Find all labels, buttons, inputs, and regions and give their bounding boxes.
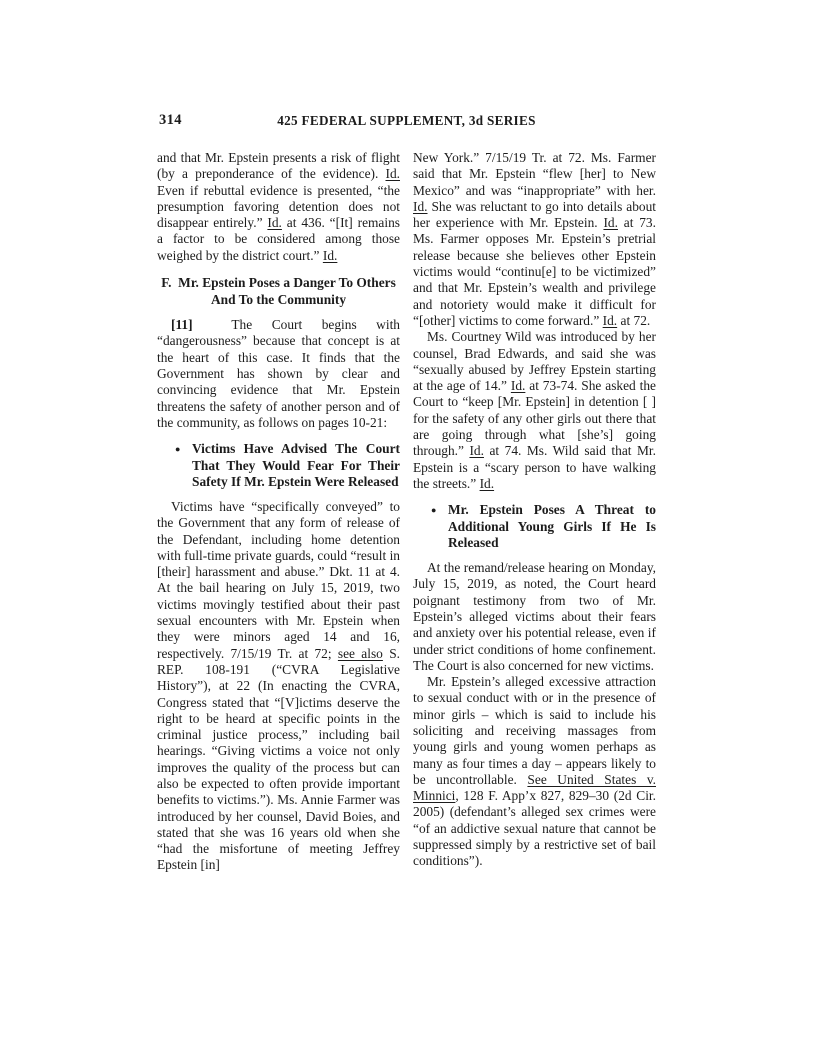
text-segment: New York.” 7/15/19 Tr. at 72. Ms. Farmer… [413,150,656,198]
text-segment: F. Mr. Epstein Poses a Danger To Others … [161,275,396,307]
bullet-icon: ● [431,502,448,552]
text-segment: Victims Have Advised The Court That They… [192,441,400,489]
text-segment: Victims have “specifically conveyed” to … [157,499,400,661]
paragraph: Mr. Epstein’s alleged excessive attracti… [413,674,656,870]
right-column: New York.” 7/15/19 Tr. at 72. Ms. Farmer… [413,150,656,874]
citation-underlined: Id. [603,215,618,230]
paragraph: Victims have “specifically conveyed” to … [157,499,400,874]
text-segment: Mr. Epstein Poses A Threat to Additional… [448,502,656,550]
two-column-text-body: and that Mr. Epstein presents a risk of … [157,150,656,874]
citation-underlined: Id. [323,248,338,263]
citation-underlined: Id. [480,476,495,491]
text-segment: at 73. Ms. Farmer opposes Mr. Epstein’s … [413,215,656,328]
paragraph: New York.” 7/15/19 Tr. at 72. Ms. Farmer… [413,150,656,329]
text-segment: Mr. Epstein’s alleged excessive attracti… [413,674,656,787]
section-heading: F. Mr. Epstein Poses a Danger To Others … [159,274,398,308]
paragraph: and that Mr. Epstein presents a risk of … [157,150,400,264]
left-column: and that Mr. Epstein presents a risk of … [157,150,400,874]
citation-underlined: Id. [469,443,484,458]
text-segment: At the remand/release hearing on Monday,… [413,560,656,673]
text-segment: and that Mr. Epstein presents a risk of … [157,150,400,181]
bullet-heading-text: Mr. Epstein Poses A Threat to Additional… [448,502,656,552]
text-segment: [11] [171,317,193,332]
citation-underlined: Id. [511,378,526,393]
citation-underlined: Id. [603,313,618,328]
text-segment: S. REP. 108-191 (“CVRA Legislative Histo… [157,646,400,873]
citation-underlined: Id. [267,215,282,230]
paragraph: At the remand/release hearing on Monday,… [413,560,656,674]
citation-underlined: Id. [413,199,428,214]
bullet-heading: ●Mr. Epstein Poses A Threat to Additiona… [413,502,656,552]
citation-underlined: see also [338,646,383,661]
document-page: 314 425 FEDERAL SUPPLEMENT, 3d SERIES an… [0,0,816,1056]
running-header: 314 425 FEDERAL SUPPLEMENT, 3d SERIES [157,112,656,130]
citation-underlined: Id. [385,166,400,181]
bullet-heading: ●Victims Have Advised The Court That The… [157,441,400,491]
text-segment: The Court begins with “dangerousness” be… [157,317,400,430]
bullet-icon: ● [175,441,192,491]
text-segment: at 72. [617,313,650,328]
paragraph: [11] The Court begins with “dangerousnes… [157,317,400,431]
bullet-heading-text: Victims Have Advised The Court That They… [192,441,400,491]
running-head-title: 425 FEDERAL SUPPLEMENT, 3d SERIES [157,113,656,129]
paragraph: Ms. Courtney Wild was introduced by her … [413,329,656,492]
